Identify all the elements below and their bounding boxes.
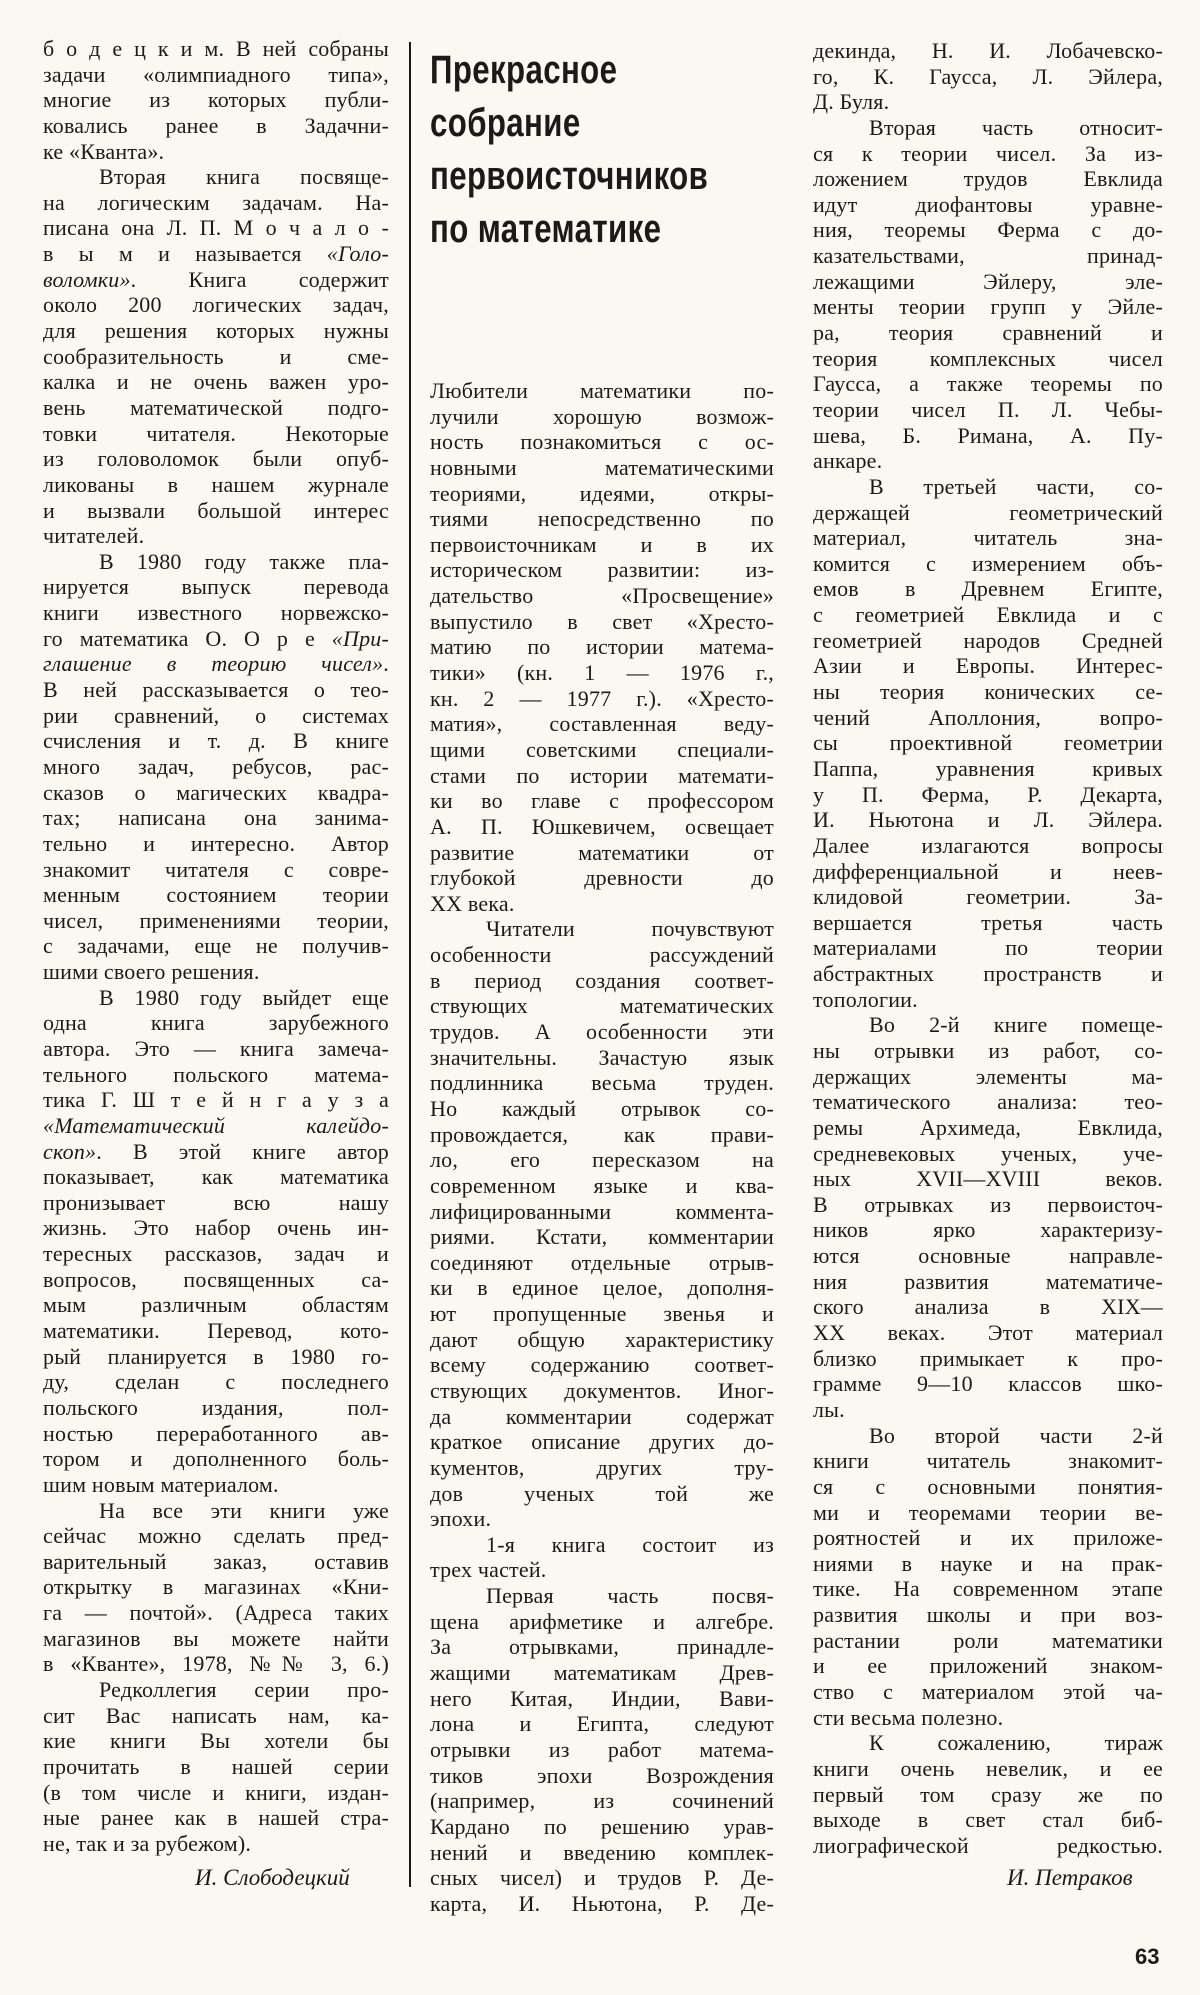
text-line: материал, читатель зна- (813, 525, 1163, 551)
text-line: нируется выпуск перевода (43, 574, 389, 600)
right-column: декинда, Н. И. Лобачевско-го, К. Гаусса,… (813, 38, 1163, 1858)
text-line: ниями в науке и на прак- (813, 1551, 1163, 1577)
text-line: лучили хорошую возмож- (430, 404, 774, 430)
text-line: в ы м и называется «Голо- (43, 241, 389, 267)
text-line: Кардано по решению урав- (430, 1814, 774, 1840)
text-line: писана она Л. П. М о ч а л о - (43, 215, 389, 241)
text-line: книги читатель знакомит- (813, 1448, 1163, 1474)
text-line: дов ученых той же (430, 1481, 774, 1507)
text-line: развития школы и при воз- (813, 1602, 1163, 1628)
left-column: б о д е ц к и м. В ней собранызадачи «ол… (43, 36, 389, 1856)
text-line: первоисточникам и в их (430, 532, 774, 558)
text-line: отрывки из работ матема- (430, 1737, 774, 1763)
text-line: шими своего решения. (43, 959, 389, 985)
text-line: роятностей и их приложе- (813, 1525, 1163, 1551)
text-line: ми и теоремами теории ве- (813, 1500, 1163, 1526)
text-line: карта, И. Ньютона, Р. Де- (430, 1891, 774, 1917)
text-line: ского анализа в XIX— (813, 1294, 1163, 1320)
text-line: В ней рассказывается о тео- (43, 677, 389, 703)
text-line: пронизывает всю нашу (43, 1190, 389, 1216)
text-line: ных XVII—XVIII веков. (813, 1166, 1163, 1192)
text-line: щими советскими специали- (430, 737, 774, 763)
text-line: ния развития математиче- (813, 1269, 1163, 1295)
text-line: ремы Архимеда, Евклида, (813, 1115, 1163, 1141)
text-line: читателей. (43, 523, 389, 549)
text-line: Первая часть посвя- (430, 1583, 774, 1609)
text-line: В третьей части, со- (813, 474, 1163, 500)
text-line: современном языке и ква- (430, 1173, 774, 1199)
text-line: вершается третья часть (813, 910, 1163, 936)
text-line: матию по истории матема- (430, 634, 774, 660)
text-line: с задачами, еще не получив- (43, 933, 389, 959)
text-line: ло, его пересказом на (430, 1147, 774, 1173)
text-line: сейчас можно сделать пред- (43, 1523, 389, 1549)
text-line: него Китая, Индии, Вави- (430, 1686, 774, 1712)
text-line: В 1980 году выйдет еще (43, 985, 389, 1011)
text-line: тересных рассказов, задач и (43, 1241, 389, 1267)
text-line: казательствами, принад- (813, 243, 1163, 269)
text-line: К сожалению, тираж (813, 1730, 1163, 1756)
text-line: ра, теория сравнений и (813, 320, 1163, 346)
text-line: чений Аполлония, вопро- (813, 705, 1163, 731)
text-line: ся с основными понятия- (813, 1474, 1163, 1500)
text-line: тики» (кн. 1 — 1976 г., (430, 660, 774, 686)
text-line: Вторая книга посвяще- (43, 164, 389, 190)
text-line: лифицированными коммента- (430, 1199, 774, 1225)
text-line: сти весьма полезно. (813, 1705, 1163, 1731)
text-line: мым различным областям (43, 1292, 389, 1318)
text-line: ные ранее как в нашей стра- (43, 1805, 389, 1831)
text-line: показывает, как математика (43, 1164, 389, 1190)
text-line: провождается, как прави- (430, 1122, 774, 1148)
text-line: А. П. Юшкевичем, освещает (430, 814, 774, 840)
text-line: в «Кванте», 1978, №№ 3, 6.) (43, 1651, 389, 1677)
text-line: лежащими Эйлеру, эле- (813, 269, 1163, 295)
text-line: «Математический калейдо- (43, 1113, 389, 1139)
text-line: средневековых ученых, уче- (813, 1141, 1163, 1167)
text-line: И. Ньютона и Л. Эйлера. (813, 807, 1163, 833)
text-line: шева, Б. Римана, А. Пу- (813, 423, 1163, 449)
article-title: Прекрасное собрание первоисточников по м… (430, 44, 711, 256)
text-line: теория комплексных чисел (813, 346, 1163, 372)
text-line: идут диофантовы уравне- (813, 192, 1163, 218)
text-line: ны теория конических се- (813, 679, 1163, 705)
text-line: первый том сразу же по (813, 1782, 1163, 1808)
text-line: и ее приложений знаком- (813, 1653, 1163, 1679)
text-line: варительный заказ, оставив (43, 1549, 389, 1575)
text-line: открытку в магазинах «Кни- (43, 1574, 389, 1600)
text-line: За отрывками, принадле- (430, 1634, 774, 1660)
text-line: особенности рассуждений (430, 942, 774, 968)
text-line: комится с измерением объ- (813, 551, 1163, 577)
text-line: кие книги Вы хотели бы (43, 1728, 389, 1754)
text-line: (например, из сочинений (430, 1788, 774, 1814)
text-line: ство с материалом этой ча- (813, 1679, 1163, 1705)
text-line: ны отрывки из работ, со- (813, 1038, 1163, 1064)
text-line: скоп». В этой книге автор (43, 1139, 389, 1165)
text-line: го математика О. О р е «При- (43, 626, 389, 652)
text-line: калка и не очень важен уро- (43, 369, 389, 395)
text-line: риями. Кстати, комментарии (430, 1224, 774, 1250)
text-line: около 200 логических задач, (43, 292, 389, 318)
text-line: 1-я книга состоит из (430, 1532, 774, 1558)
text-line: рии сравнений, о системах (43, 703, 389, 729)
text-line: клидовой геометрии. За- (813, 884, 1163, 910)
text-line: прочитать в нашей серии (43, 1754, 389, 1780)
text-line: держащей геометрический (813, 500, 1163, 526)
text-line: топологии. (813, 987, 1163, 1013)
text-line: тельно и интересно. Автор (43, 831, 389, 857)
text-line: сообразительность и сме- (43, 344, 389, 370)
text-line: с геометрией Евклида и с (813, 602, 1163, 628)
text-line: менным состоянием теории (43, 882, 389, 908)
page-number: 63 (1135, 1944, 1159, 1970)
text-line: держащих элементы ма- (813, 1064, 1163, 1090)
text-line: XX века. (430, 891, 774, 917)
text-line: Азии и Европы. Интерес- (813, 653, 1163, 679)
text-line: многие из которых публи- (43, 87, 389, 113)
text-line: кн. 2 — 1977 г.). «Хресто- (430, 686, 774, 712)
text-line: дают общую характеристику (430, 1327, 774, 1353)
text-line: выпустило в свет «Хресто- (430, 609, 774, 635)
text-line: сказов о магических квадра- (43, 780, 389, 806)
text-line: тельного польского матема- (43, 1062, 389, 1088)
text-line: сных чисел) и трудов Р. Де- (430, 1865, 774, 1891)
text-line: ников ярко характеризу- (813, 1217, 1163, 1243)
text-line: теории чисел П. Л. Чебы- (813, 397, 1163, 423)
text-line: б о д е ц к и м. В ней собраны (43, 36, 389, 62)
text-line: емов в Древнем Египте, (813, 576, 1163, 602)
text-line: трудов. А особенности эти (430, 1019, 774, 1045)
text-line: эпохи. (430, 1506, 774, 1532)
text-line: воломки». Книга содержит (43, 267, 389, 293)
text-line: польского издания, пол- (43, 1395, 389, 1421)
text-line: дифференциальной и неев- (813, 859, 1163, 885)
text-line: кументов, других тру- (430, 1455, 774, 1481)
text-line: В 1980 году также пла- (43, 549, 389, 575)
text-line: рый планируется в 1980 го- (43, 1344, 389, 1370)
text-line: лиографической редкостью. (813, 1833, 1163, 1859)
text-line: анкаре. (813, 448, 1163, 474)
text-line: ния, теоремы Ферма с до- (813, 217, 1163, 243)
text-line: Вторая часть относит- (813, 115, 1163, 141)
text-line: новными математическими (430, 455, 774, 481)
text-line: Гаусса, а также теоремы по (813, 371, 1163, 397)
text-line: тиями непосредственно по (430, 506, 774, 532)
text-line: XX веках. Этот материал (813, 1320, 1163, 1346)
text-line: чисел, применениями теории, (43, 908, 389, 934)
text-line: матия», составленная веду- (430, 711, 774, 737)
text-line: задачи «олимпиадного типа», (43, 62, 389, 88)
text-line: ся к теории чисел. За из- (813, 141, 1163, 167)
text-line: геометрией народов Средней (813, 628, 1163, 654)
text-line: вень математической подго- (43, 395, 389, 421)
text-line: товки читателя. Некоторые (43, 421, 389, 447)
column-divider-rule (409, 42, 411, 1887)
text-line: сы проективной геометрии (813, 730, 1163, 756)
title-line: по математике (430, 203, 711, 256)
title-line: первоисточников (430, 150, 711, 203)
text-line: ке «Кванта». (43, 139, 389, 165)
text-line: растании роли математики (813, 1628, 1163, 1654)
text-line: автора. Это — книга замеча- (43, 1036, 389, 1062)
text-line: счисления и т. д. В книге (43, 728, 389, 754)
text-line: грамме 9—10 классов шко- (813, 1371, 1163, 1397)
text-line: тах; написана она занима- (43, 805, 389, 831)
text-line: магазинов вы можете найти (43, 1626, 389, 1652)
title-line: Прекрасное (430, 44, 711, 97)
text-line: Редколлегия серии про- (43, 1677, 389, 1703)
text-line: жащими математикам Древ- (430, 1660, 774, 1686)
text-line: Далее излагаются вопросы (813, 833, 1163, 859)
text-line: Читатели почувствуют (430, 916, 774, 942)
text-line: близко примыкает к про- (813, 1346, 1163, 1372)
text-line: не, так и за рубежом). (43, 1831, 389, 1857)
text-line: много задач, ребусов, рас- (43, 754, 389, 780)
text-line: Любители математики по- (430, 378, 774, 404)
title-line: собрание (430, 97, 711, 150)
text-line: шим новым материалом. (43, 1472, 389, 1498)
text-line: одна книга зарубежного (43, 1010, 389, 1036)
text-line: теориями, идеями, откры- (430, 481, 774, 507)
text-line: лы. (813, 1397, 1163, 1423)
text-line: декинда, Н. И. Лобачевско- (813, 38, 1163, 64)
text-line: да комментарии содержат (430, 1404, 774, 1430)
text-line: Но каждый отрывок со- (430, 1096, 774, 1122)
text-line: и вызвали большой интерес (43, 498, 389, 524)
text-line: ются основные направле- (813, 1243, 1163, 1269)
text-line: выходе в свет стал биб- (813, 1807, 1163, 1833)
text-line: га — почтой». (Адреса таких (43, 1600, 389, 1626)
text-line: стами по истории математи- (430, 763, 774, 789)
text-line: тиков эпохи Возрождения (430, 1763, 774, 1789)
text-line: в период создания соответ- (430, 968, 774, 994)
text-line: ки в единое целое, дополня- (430, 1275, 774, 1301)
text-line: Во второй части 2-й (813, 1423, 1163, 1449)
text-line: ют пропущенные звенья и (430, 1301, 774, 1327)
text-line: (в том числе и книги, издан- (43, 1780, 389, 1806)
text-line: менты теории групп у Эйле- (813, 294, 1163, 320)
text-line: материалами по теории (813, 935, 1163, 961)
text-line: тике. На современном этапе (813, 1576, 1163, 1602)
text-line: на логическим задачам. На- (43, 190, 389, 216)
text-line: развитие математики от (430, 840, 774, 866)
text-line: из головоломок были опуб- (43, 446, 389, 472)
text-line: у П. Ферма, Р. Декарта, (813, 782, 1163, 808)
middle-column: Любители математики по-лучили хорошую во… (430, 378, 774, 1916)
text-line: книги очень невелик, и ее (813, 1756, 1163, 1782)
text-line: историческом развитии: из- (430, 557, 774, 583)
text-line: всему содержанию соответ- (430, 1352, 774, 1378)
text-line: подлинника весьма труден. (430, 1070, 774, 1096)
text-line: знакомит читателя с совре- (43, 857, 389, 883)
text-line: тором и дополненного боль- (43, 1446, 389, 1472)
text-line: глубокой древности до (430, 865, 774, 891)
text-line: трех частей. (430, 1557, 774, 1583)
text-line: ликованы в нашем журнале (43, 472, 389, 498)
text-line: Во 2-й книге помеще- (813, 1012, 1163, 1038)
text-line: Паппа, уравнения кривых (813, 756, 1163, 782)
text-line: для решения которых нужны (43, 318, 389, 344)
author-signature-slobodetsky: И. Слободецкий (195, 1865, 350, 1891)
text-line: ки во главе с профессором (430, 788, 774, 814)
text-line: краткое описание других до- (430, 1429, 774, 1455)
text-line: ностью переработанного ав- (43, 1421, 389, 1447)
text-line: В отрывках из первоисточ- (813, 1192, 1163, 1218)
text-line: глашение в теорию чисел». (43, 651, 389, 677)
text-line: нений и введению комплек- (430, 1840, 774, 1866)
text-line: дательство «Просвещение» (430, 583, 774, 609)
text-line: жизнь. Это набор очень ин- (43, 1215, 389, 1241)
author-signature-petrakov: И. Петраков (1007, 1865, 1133, 1891)
text-line: вопросов, посвященных са- (43, 1267, 389, 1293)
text-line: соединяют отдельные отрыв- (430, 1250, 774, 1276)
text-line: На все эти книги уже (43, 1498, 389, 1524)
text-line: значительны. Зачастую язык (430, 1045, 774, 1071)
text-line: тика Г. Ш т е й н г а у з а (43, 1087, 389, 1113)
text-line: ствующих документов. Иног- (430, 1378, 774, 1404)
text-line: ду, сделан с последнего (43, 1369, 389, 1395)
text-line: лона и Египта, следуют (430, 1711, 774, 1737)
text-line: ложением трудов Евклида (813, 166, 1163, 192)
text-line: ствующих математических (430, 993, 774, 1019)
text-line: ковались ранее в Задачни- (43, 113, 389, 139)
text-line: щена арифметике и алгебре. (430, 1609, 774, 1635)
text-line: го, К. Гаусса, Л. Эйлера, (813, 64, 1163, 90)
text-line: тематического анализа: тео- (813, 1089, 1163, 1115)
text-line: сит Вас написать нам, ка- (43, 1703, 389, 1729)
text-line: математики. Перевод, кото- (43, 1318, 389, 1344)
text-line: книги известного норвежско- (43, 600, 389, 626)
text-line: абстрактных пространств и (813, 961, 1163, 987)
text-line: Д. Буля. (813, 89, 1163, 115)
text-line: ность познакомиться с ос- (430, 429, 774, 455)
